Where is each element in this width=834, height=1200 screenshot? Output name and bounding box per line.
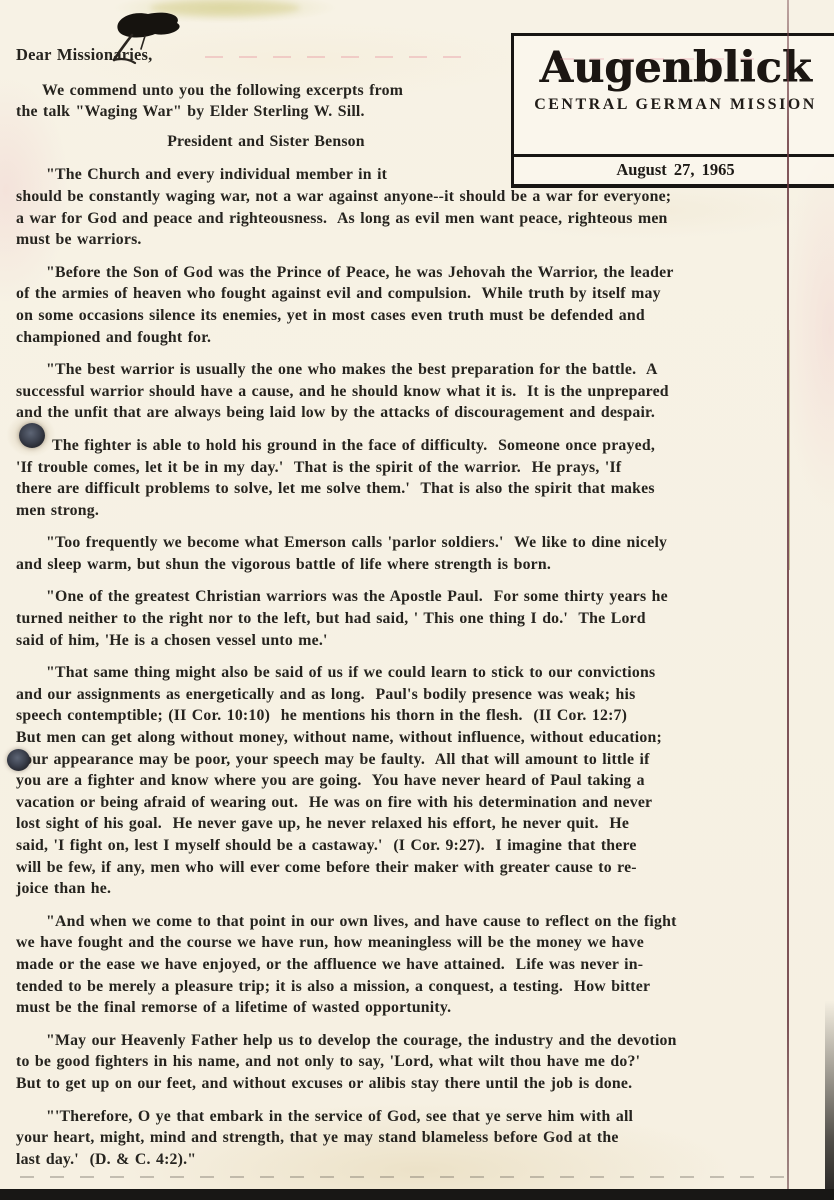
intro-text: We commend unto you the following excerp… xyxy=(16,80,822,123)
paragraph-1: "The Church and every individual member … xyxy=(16,164,822,250)
attribution: President and Sister Benson xyxy=(16,131,516,153)
letter-body: Dear Missionaries, We commend unto you t… xyxy=(16,44,822,1181)
scanned-letter-page: Augenblick CENTRAL GERMAN MISSION August… xyxy=(0,0,834,1200)
scan-edge-right xyxy=(825,1000,834,1200)
paragraph-4: The fighter is able to hold his ground i… xyxy=(16,435,822,521)
salutation: Dear Missionaries, xyxy=(16,44,822,66)
paragraph-8: "And when we come to that point in our o… xyxy=(16,911,822,1019)
paragraph-5: "Too frequently we become what Emerson c… xyxy=(16,532,822,575)
scan-edge-bottom-bar xyxy=(0,1189,834,1200)
paragraph-9: "May our Heavenly Father help us to deve… xyxy=(16,1030,822,1095)
yellow-smudge xyxy=(150,0,300,16)
paragraph-6: "One of the greatest Christian warriors … xyxy=(16,586,822,651)
paragraph-3: "The best warrior is usually the one who… xyxy=(16,359,822,424)
paragraph-2: "Before the Son of God was the Prince of… xyxy=(16,262,822,348)
paragraph-10: "'Therefore, O ye that embark in the ser… xyxy=(16,1106,822,1171)
paragraph-7: "That same thing might also be said of u… xyxy=(16,662,822,900)
